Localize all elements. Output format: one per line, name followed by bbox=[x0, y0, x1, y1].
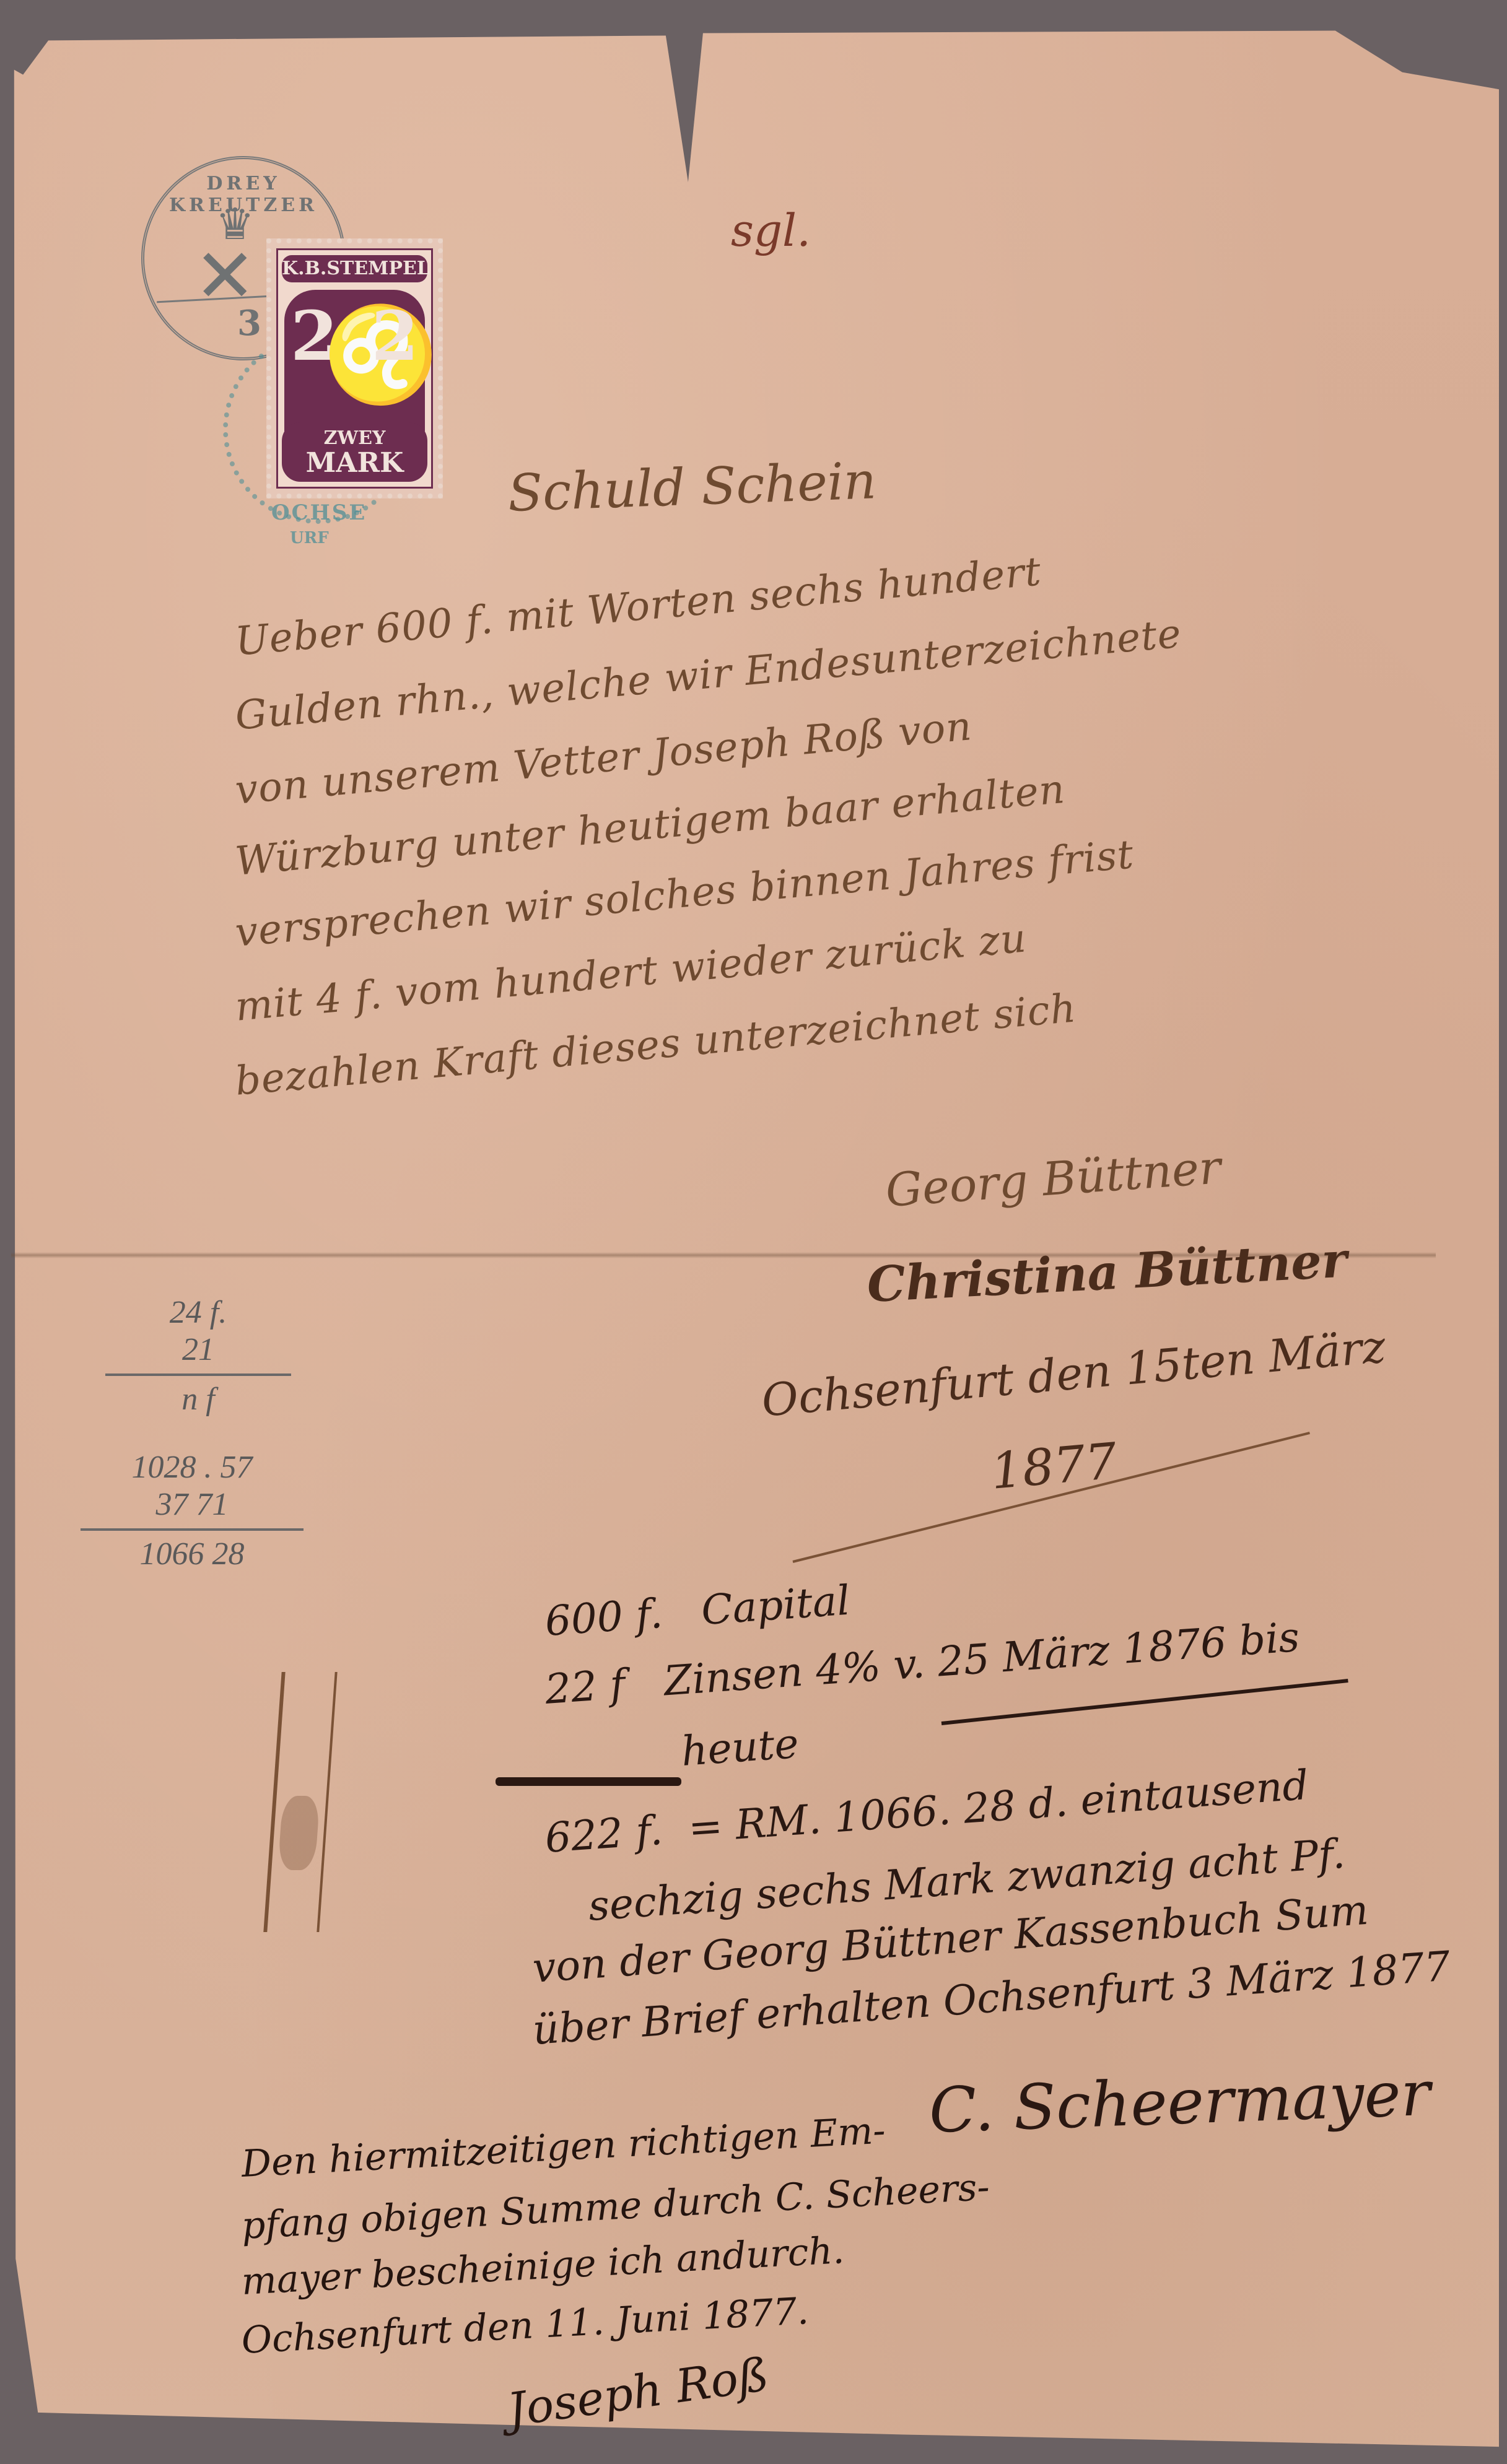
revenue-bottom-label: ZWEY MARK bbox=[282, 422, 427, 482]
revenue-stamp-frame: K.B.STEMPEL 2 ♌ 2 ZWEY MARK bbox=[276, 248, 433, 489]
calc-row: 21 bbox=[99, 1331, 297, 1369]
account-line: heute bbox=[679, 1720, 800, 1775]
account-amount: 22 f bbox=[543, 1660, 626, 1713]
revenue-currency: MARK bbox=[282, 449, 427, 477]
calc-row: 37 71 bbox=[74, 1486, 310, 1523]
year: 1877 bbox=[989, 1432, 1119, 1500]
margin-calculation-top: 24 f. 21 n f bbox=[99, 1294, 297, 1418]
account-sum-rule bbox=[496, 1777, 681, 1786]
revenue-stamp: K.B.STEMPEL 2 ♌ 2 ZWEY MARK bbox=[266, 238, 443, 498]
numeral-right: 2 bbox=[371, 302, 419, 370]
revenue-value-word: ZWEY bbox=[282, 422, 427, 449]
calc-rule bbox=[81, 1528, 304, 1531]
calc-row: n f bbox=[99, 1381, 297, 1418]
calc-rule bbox=[105, 1373, 291, 1376]
calc-total: 1066 28 bbox=[74, 1536, 310, 1573]
account-amount: 600 f. bbox=[543, 1590, 664, 1645]
revenue-top-label: K.B.STEMPEL bbox=[282, 255, 427, 282]
corner-note: sgl. bbox=[731, 204, 811, 256]
margin-calculation-bottom: 1028 . 57 37 71 1066 28 bbox=[74, 1449, 310, 1573]
calc-row: 24 f. bbox=[99, 1294, 297, 1331]
cancellation-city: OCHSE bbox=[271, 500, 367, 525]
account-text: heute bbox=[679, 1720, 800, 1775]
calc-row: 1028 . 57 bbox=[74, 1449, 310, 1486]
account-amount: 622 f. bbox=[543, 1806, 664, 1862]
cancellation-sub: URF bbox=[290, 529, 329, 547]
revenue-center-panel: 2 ♌ 2 bbox=[284, 290, 425, 433]
